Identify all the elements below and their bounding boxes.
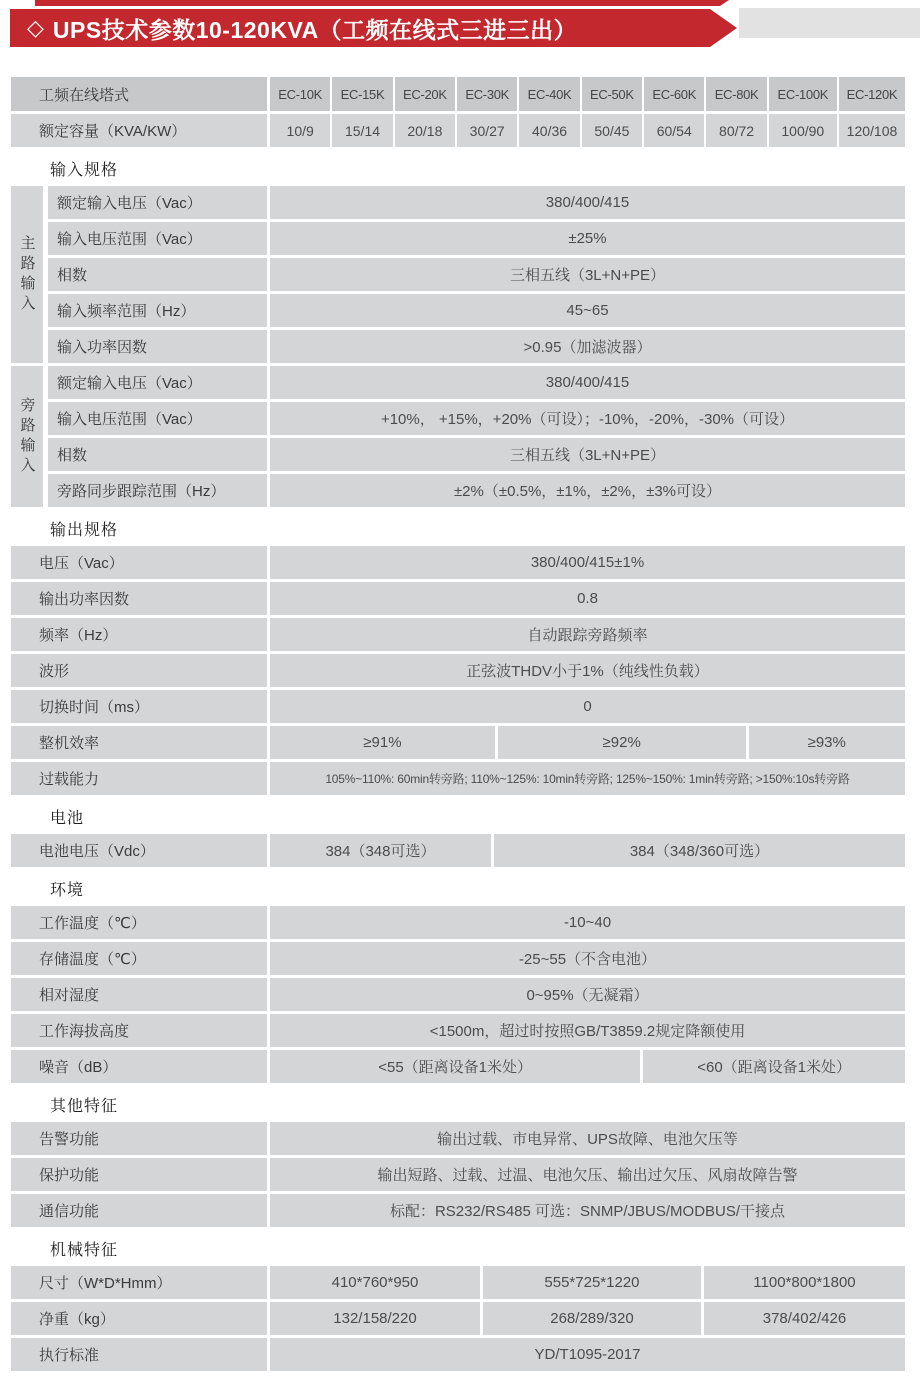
capacity-cell: 20/18 [395,114,455,147]
spec-values: -25~55（不含电池） [270,942,905,975]
spec-label: 尺寸（W*D*Hmm） [11,1266,267,1299]
spec-value: <1500m，超过时按照GB/T3859.2规定降额使用 [270,1014,905,1047]
spec-values: 380/400/415 [270,366,905,399]
capacity-cells: 10/915/1420/1830/2740/3650/4560/5480/721… [270,114,905,147]
spec-label: 净重（kg） [11,1302,267,1335]
capacity-cell: 30/27 [457,114,517,147]
spec-values: 0.8 [270,582,905,615]
spec-group: 主路输入额定输入电压（Vac）380/400/415输入电压范围（Vac）±25… [11,186,905,363]
model-capacity-table: 工频在线塔式 EC-10KEC-15KEC-20KEC-30KEC-40KEC-… [11,77,905,147]
capacity-cell: 50/45 [582,114,642,147]
spec-label: 过载能力 [11,762,267,795]
spec-label: 频率（Hz） [11,618,267,651]
spec-row: 噪音（dB）<55（距离设备1米处）<60（距离设备1米处） [11,1050,905,1083]
spec-label: 告警功能 [11,1122,267,1155]
spec-values: 输出过载、市电异常、UPS故障、电池欠压等 [270,1122,905,1155]
spec-value: <55（距离设备1米处） [270,1050,640,1083]
spec-label: 电压（Vac） [11,546,267,579]
spec-value: 378/402/426 [704,1302,905,1335]
spec-label: 输入频率范围（Hz） [48,294,267,327]
spec-label: 输入功率因数 [48,330,267,363]
spec-value: 380/400/415±1% [270,546,905,579]
spec-values: 410*760*950555*725*12201100*800*1800 [270,1266,905,1299]
spec-row: 过载能力105%~110%: 60min转旁路; 110%~125%: 10mi… [11,762,905,795]
diamond-icon: ◇ [27,15,44,41]
model-header-cell: EC-15K [332,77,392,111]
spec-value: >0.95（加滤波器） [270,330,905,363]
spec-value: 380/400/415 [270,186,905,219]
spec-value: 输出短路、过载、过温、电池欠压、输出过欠压、风扇故障告警 [270,1158,905,1191]
spec-row: 电压（Vac）380/400/415±1% [11,546,905,579]
spec-label: 工作海拔高度 [11,1014,267,1047]
spec-value: ±25% [270,222,905,255]
section-heading: 输入规格 [11,150,905,186]
spec-label: 保护功能 [11,1158,267,1191]
capacity-cell: 10/9 [270,114,330,147]
page-title: UPS技术参数10-120KVA（工频在线式三进三出） [53,12,577,45]
spec-value: -25~55（不含电池） [270,942,905,975]
spec-values: 0 [270,690,905,723]
spec-values: ±2%（±0.5%，±1%，±2%，±3%可设） [270,474,905,507]
spec-values: >0.95（加滤波器） [270,330,905,363]
spec-value: 0~95%（无凝霜） [270,978,905,1011]
spec-values: <55（距离设备1米处）<60（距离设备1米处） [270,1050,905,1083]
spec-label: 输入电压范围（Vac） [48,222,267,255]
spec-values: +10%， +15%，+20%（可设）；-10%，-20%，-30%（可设） [270,402,905,435]
spec-group: 告警功能输出过载、市电异常、UPS故障、电池欠压等保护功能输出短路、过载、过温、… [11,1122,905,1227]
spec-group: 旁路输入额定输入电压（Vac）380/400/415输入电压范围（Vac）+10… [11,366,905,507]
spec-values: 380/400/415±1% [270,546,905,579]
spec-value: 268/289/320 [483,1302,701,1335]
banner-gray-bar [739,8,920,38]
spec-value: 132/158/220 [270,1302,480,1335]
spec-value: 1100*800*1800 [704,1266,905,1299]
section-heading: 其他特征 [11,1086,905,1122]
spec-values: 384（348可选）384（348/360可选） [270,834,905,867]
spec-value: 380/400/415 [270,366,905,399]
capacity-cell: 100/90 [769,114,837,147]
model-header-cell: EC-80K [706,77,766,111]
model-header-cells: EC-10KEC-15KEC-20KEC-30KEC-40KEC-50KEC-6… [270,77,905,111]
spec-values: 正弦波THDV小于1%（纯线性负载） [270,654,905,687]
spec-values: ≥91%≥92%≥93% [270,726,905,759]
spec-row: 执行标准YD/T1095-2017 [11,1338,905,1371]
spec-label: 相数 [48,438,267,471]
spec-label: 额定输入电压（Vac） [48,186,267,219]
spec-values: 132/158/220268/289/320378/402/426 [270,1302,905,1335]
spec-row: 额定输入电压（Vac）380/400/415 [48,186,905,219]
spec-row: 存储温度（℃）-25~55（不含电池） [11,942,905,975]
spec-label: 旁路同步跟踪范围（Hz） [48,474,267,507]
spec-value: 输出过载、市电异常、UPS故障、电池欠压等 [270,1122,905,1155]
spec-row: 相数三相五线（3L+N+PE） [48,258,905,291]
spec-values: 输出短路、过载、过温、电池欠压、输出过欠压、风扇故障告警 [270,1158,905,1191]
capacity-cell: 80/72 [706,114,766,147]
spec-group: 尺寸（W*D*Hmm）410*760*950555*725*12201100*8… [11,1266,905,1371]
spec-label: 通信功能 [11,1194,267,1227]
spec-row: 输入电压范围（Vac）+10%， +15%，+20%（可设）；-10%，-20%… [48,402,905,435]
spec-value: 384（348/360可选） [494,834,905,867]
spec-section: 输出规格电压（Vac）380/400/415±1%输出功率因数0.8频率（Hz）… [11,510,905,795]
spec-values: 0~95%（无凝霜） [270,978,905,1011]
capacity-cell: 120/108 [839,114,905,147]
spec-values: 自动跟踪旁路频率 [270,618,905,651]
spec-value: 标配：RS232/RS485 可选：SNMP/JBUS/MODBUS/干接点 [270,1194,905,1227]
spec-value: 自动跟踪旁路频率 [270,618,905,651]
section-heading: 输出规格 [11,510,905,546]
capacity-cell: 15/14 [332,114,392,147]
spec-row: 告警功能输出过载、市电异常、UPS故障、电池欠压等 [11,1122,905,1155]
spec-values: ±25% [270,222,905,255]
spec-values: 三相五线（3L+N+PE） [270,438,905,471]
spec-value: 45~65 [270,294,905,327]
spec-label: 整机效率 [11,726,267,759]
group-rows: 电压（Vac）380/400/415±1%输出功率因数0.8频率（Hz）自动跟踪… [11,546,905,795]
spec-label: 切换时间（ms） [11,690,267,723]
spec-label: 输出功率因数 [11,582,267,615]
model-header-cell: EC-30K [457,77,517,111]
spec-value: 三相五线（3L+N+PE） [270,438,905,471]
spec-value: 0.8 [270,582,905,615]
capacity-cell: 60/54 [644,114,704,147]
group-vertical-label: 旁路输入 [11,366,43,507]
spec-value: 正弦波THDV小于1%（纯线性负载） [270,654,905,687]
spec-values: <1500m，超过时按照GB/T3859.2规定降额使用 [270,1014,905,1047]
capacity-cell: 40/36 [519,114,579,147]
spec-row: 净重（kg）132/158/220268/289/320378/402/426 [11,1302,905,1335]
spec-row: 通信功能标配：RS232/RS485 可选：SNMP/JBUS/MODBUS/干… [11,1194,905,1227]
spec-label: 相对湿度 [11,978,267,1011]
spec-row: 工作温度（℃）-10~40 [11,906,905,939]
spec-value: 555*725*1220 [483,1266,701,1299]
spec-section: 机械特征尺寸（W*D*Hmm）410*760*950555*725*122011… [11,1230,905,1371]
spec-value: 384（348可选） [270,834,491,867]
group-rows: 电池电压（Vdc）384（348可选）384（348/360可选） [11,834,905,867]
spec-values: 380/400/415 [270,186,905,219]
spec-label: 输入电压范围（Vac） [48,402,267,435]
capacity-row-label: 额定容量（KVA/KW） [11,114,267,147]
spec-label: 额定输入电压（Vac） [48,366,267,399]
spec-label: 工作温度（℃） [11,906,267,939]
spec-values: 三相五线（3L+N+PE） [270,258,905,291]
capacity-row: 额定容量（KVA/KW） 10/915/1420/1830/2740/3650/… [11,114,905,147]
spec-value: +10%， +15%，+20%（可设）；-10%，-20%，-30%（可设） [270,402,905,435]
spec-value: 三相五线（3L+N+PE） [270,258,905,291]
model-header-cell: EC-60K [644,77,704,111]
spec-row: 输入功率因数>0.95（加滤波器） [48,330,905,363]
spec-row: 输入电压范围（Vac）±25% [48,222,905,255]
banner-ribbon: ◇ UPS技术参数10-120KVA（工频在线式三进三出） [10,9,737,47]
spec-value: -10~40 [270,906,905,939]
spec-values: YD/T1095-2017 [270,1338,905,1371]
spec-value: <60（距离设备1米处） [643,1050,905,1083]
spec-label: 波形 [11,654,267,687]
spec-section: 输入规格主路输入额定输入电压（Vac）380/400/415输入电压范围（Vac… [11,150,905,507]
spec-value: YD/T1095-2017 [270,1338,905,1371]
spec-label: 存储温度（℃） [11,942,267,975]
spec-section: 环境工作温度（℃）-10~40存储温度（℃）-25~55（不含电池）相对湿度0~… [11,870,905,1083]
spec-row: 尺寸（W*D*Hmm）410*760*950555*725*12201100*8… [11,1266,905,1299]
spec-label: 电池电压（Vdc） [11,834,267,867]
spec-row: 切换时间（ms）0 [11,690,905,723]
spec-row: 整机效率≥91%≥92%≥93% [11,726,905,759]
section-heading: 电池 [11,798,905,834]
group-rows: 额定输入电压（Vac）380/400/415输入电压范围（Vac）+10%， +… [48,366,905,507]
spec-row: 频率（Hz）自动跟踪旁路频率 [11,618,905,651]
spec-row: 输出功率因数0.8 [11,582,905,615]
spec-section: 电池电池电压（Vdc）384（348可选）384（348/360可选） [11,798,905,867]
model-header-cell: EC-50K [582,77,642,111]
group-rows: 工作温度（℃）-10~40存储温度（℃）-25~55（不含电池）相对湿度0~95… [11,906,905,1083]
spec-row: 工作海拔高度<1500m，超过时按照GB/T3859.2规定降额使用 [11,1014,905,1047]
spec-row: 输入频率范围（Hz）45~65 [48,294,905,327]
spec-label: 相数 [48,258,267,291]
spec-section: 其他特征告警功能输出过载、市电异常、UPS故障、电池欠压等保护功能输出短路、过载… [11,1086,905,1227]
spec-values: -10~40 [270,906,905,939]
model-header-cell: EC-40K [519,77,579,111]
model-row-label: 工频在线塔式 [11,77,267,111]
group-rows: 尺寸（W*D*Hmm）410*760*950555*725*12201100*8… [11,1266,905,1371]
spec-row: 保护功能输出短路、过载、过温、电池欠压、输出过欠压、风扇故障告警 [11,1158,905,1191]
model-header-cell: EC-20K [395,77,455,111]
spec-label: 执行标准 [11,1338,267,1371]
spec-value: ≥92% [498,726,746,759]
title-banner: ◇ UPS技术参数10-120KVA（工频在线式三进三出） [0,0,920,47]
spec-value: 0 [270,690,905,723]
spec-row: 相数三相五线（3L+N+PE） [48,438,905,471]
group-vertical-label: 主路输入 [11,186,43,363]
spec-values: 105%~110%: 60min转旁路; 110%~125%: 10min转旁路… [270,762,905,795]
spec-row: 额定输入电压（Vac）380/400/415 [48,366,905,399]
spec-value: ≥93% [749,726,906,759]
spec-value: 410*760*950 [270,1266,480,1299]
spec-value: ±2%（±0.5%，±1%，±2%，±3%可设） [270,474,905,507]
spec-sections: 输入规格主路输入额定输入电压（Vac）380/400/415输入电压范围（Vac… [11,150,905,1371]
model-header-cell: EC-100K [769,77,837,111]
spec-row: 相对湿度0~95%（无凝霜） [11,978,905,1011]
model-header-cell: EC-120K [839,77,905,111]
spec-group: 电压（Vac）380/400/415±1%输出功率因数0.8频率（Hz）自动跟踪… [11,546,905,795]
model-header-cell: EC-10K [270,77,330,111]
spec-values: 标配：RS232/RS485 可选：SNMP/JBUS/MODBUS/干接点 [270,1194,905,1227]
spec-values: 45~65 [270,294,905,327]
spec-value: ≥91% [270,726,495,759]
spec-row: 旁路同步跟踪范围（Hz）±2%（±0.5%，±1%，±2%，±3%可设） [48,474,905,507]
spec-label: 噪音（dB） [11,1050,267,1083]
spec-row: 电池电压（Vdc）384（348可选）384（348/360可选） [11,834,905,867]
banner-top-stripe [35,0,729,6]
section-heading: 机械特征 [11,1230,905,1266]
group-rows: 额定输入电压（Vac）380/400/415输入电压范围（Vac）±25%相数三… [48,186,905,363]
spec-value: 105%~110%: 60min转旁路; 110%~125%: 10min转旁路… [270,762,905,795]
spec-group: 工作温度（℃）-10~40存储温度（℃）-25~55（不含电池）相对湿度0~95… [11,906,905,1083]
section-heading: 环境 [11,870,905,906]
group-rows: 告警功能输出过载、市电异常、UPS故障、电池欠压等保护功能输出短路、过载、过温、… [11,1122,905,1227]
spec-group: 电池电压（Vdc）384（348可选）384（348/360可选） [11,834,905,867]
spec-row: 波形正弦波THDV小于1%（纯线性负载） [11,654,905,687]
ups-spec-sheet-page: ◇ UPS技术参数10-120KVA（工频在线式三进三出） 工频在线塔式 EC-… [0,0,920,1376]
model-header-row: 工频在线塔式 EC-10KEC-15KEC-20KEC-30KEC-40KEC-… [11,77,905,111]
